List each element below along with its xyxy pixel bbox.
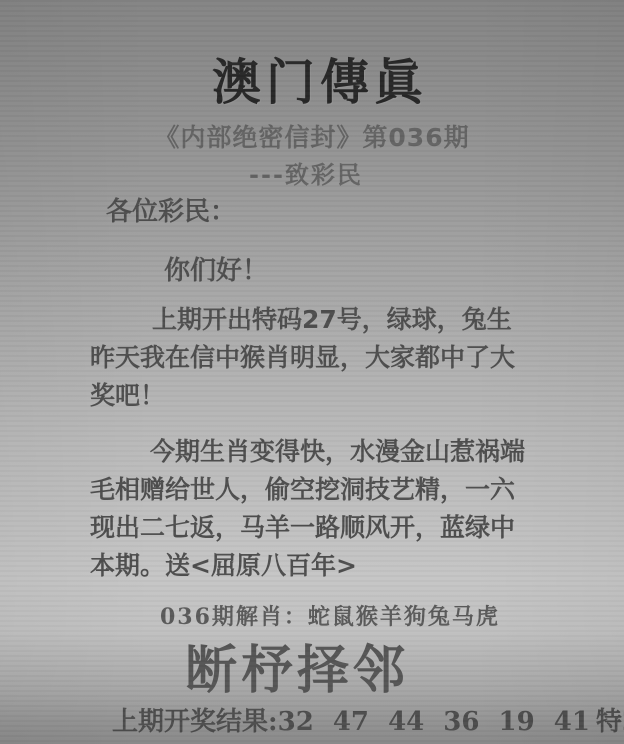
paragraph-line: 昨天我在信中猴肖明显，大家都中了大 (90, 338, 515, 374)
paragraph-line: 今期生肖变得快，水漫金山惹祸端 (90, 432, 525, 468)
salutation: 各位彩民： (106, 191, 236, 228)
paragraph-line: 奖吧！ (90, 376, 165, 412)
paragraph-line: 毛相赠给世人，偷空挖洞技艺精，一六 (90, 470, 515, 506)
paragraph-line: 现出二七返，马羊一路顺风开，蓝绿中 (90, 508, 515, 544)
issue-line: 《内部绝密信封》第036期 (0, 118, 624, 154)
paragraph-line: 本期。送<屈原八百年> (90, 546, 357, 582)
zodiac-hint-line: 036期解肖：蛇鼠猴羊狗兔马虎 (160, 600, 500, 631)
fax-letter-page: 澳门傳眞 《内部绝密信封》第036期 ---致彩民 各位彩民： 你们好！ 上期开… (0, 0, 624, 744)
idiom-headline: 断杼择邻 (0, 628, 609, 703)
results-special: 特27 (596, 707, 624, 737)
results-numbers: 32 47 44 36 19 41 (278, 707, 590, 737)
paragraph-line: 上期开出特码27号，绿球，兔生 (90, 300, 512, 336)
dedication-line: ---致彩民 (0, 155, 618, 190)
results-line: 上期开奖结果:32 47 44 36 19 41特27 (112, 701, 624, 738)
greeting: 你们好！ (164, 250, 268, 287)
page-title: 澳门傳眞 (8, 44, 624, 114)
results-label: 上期开奖结果: (112, 707, 278, 737)
